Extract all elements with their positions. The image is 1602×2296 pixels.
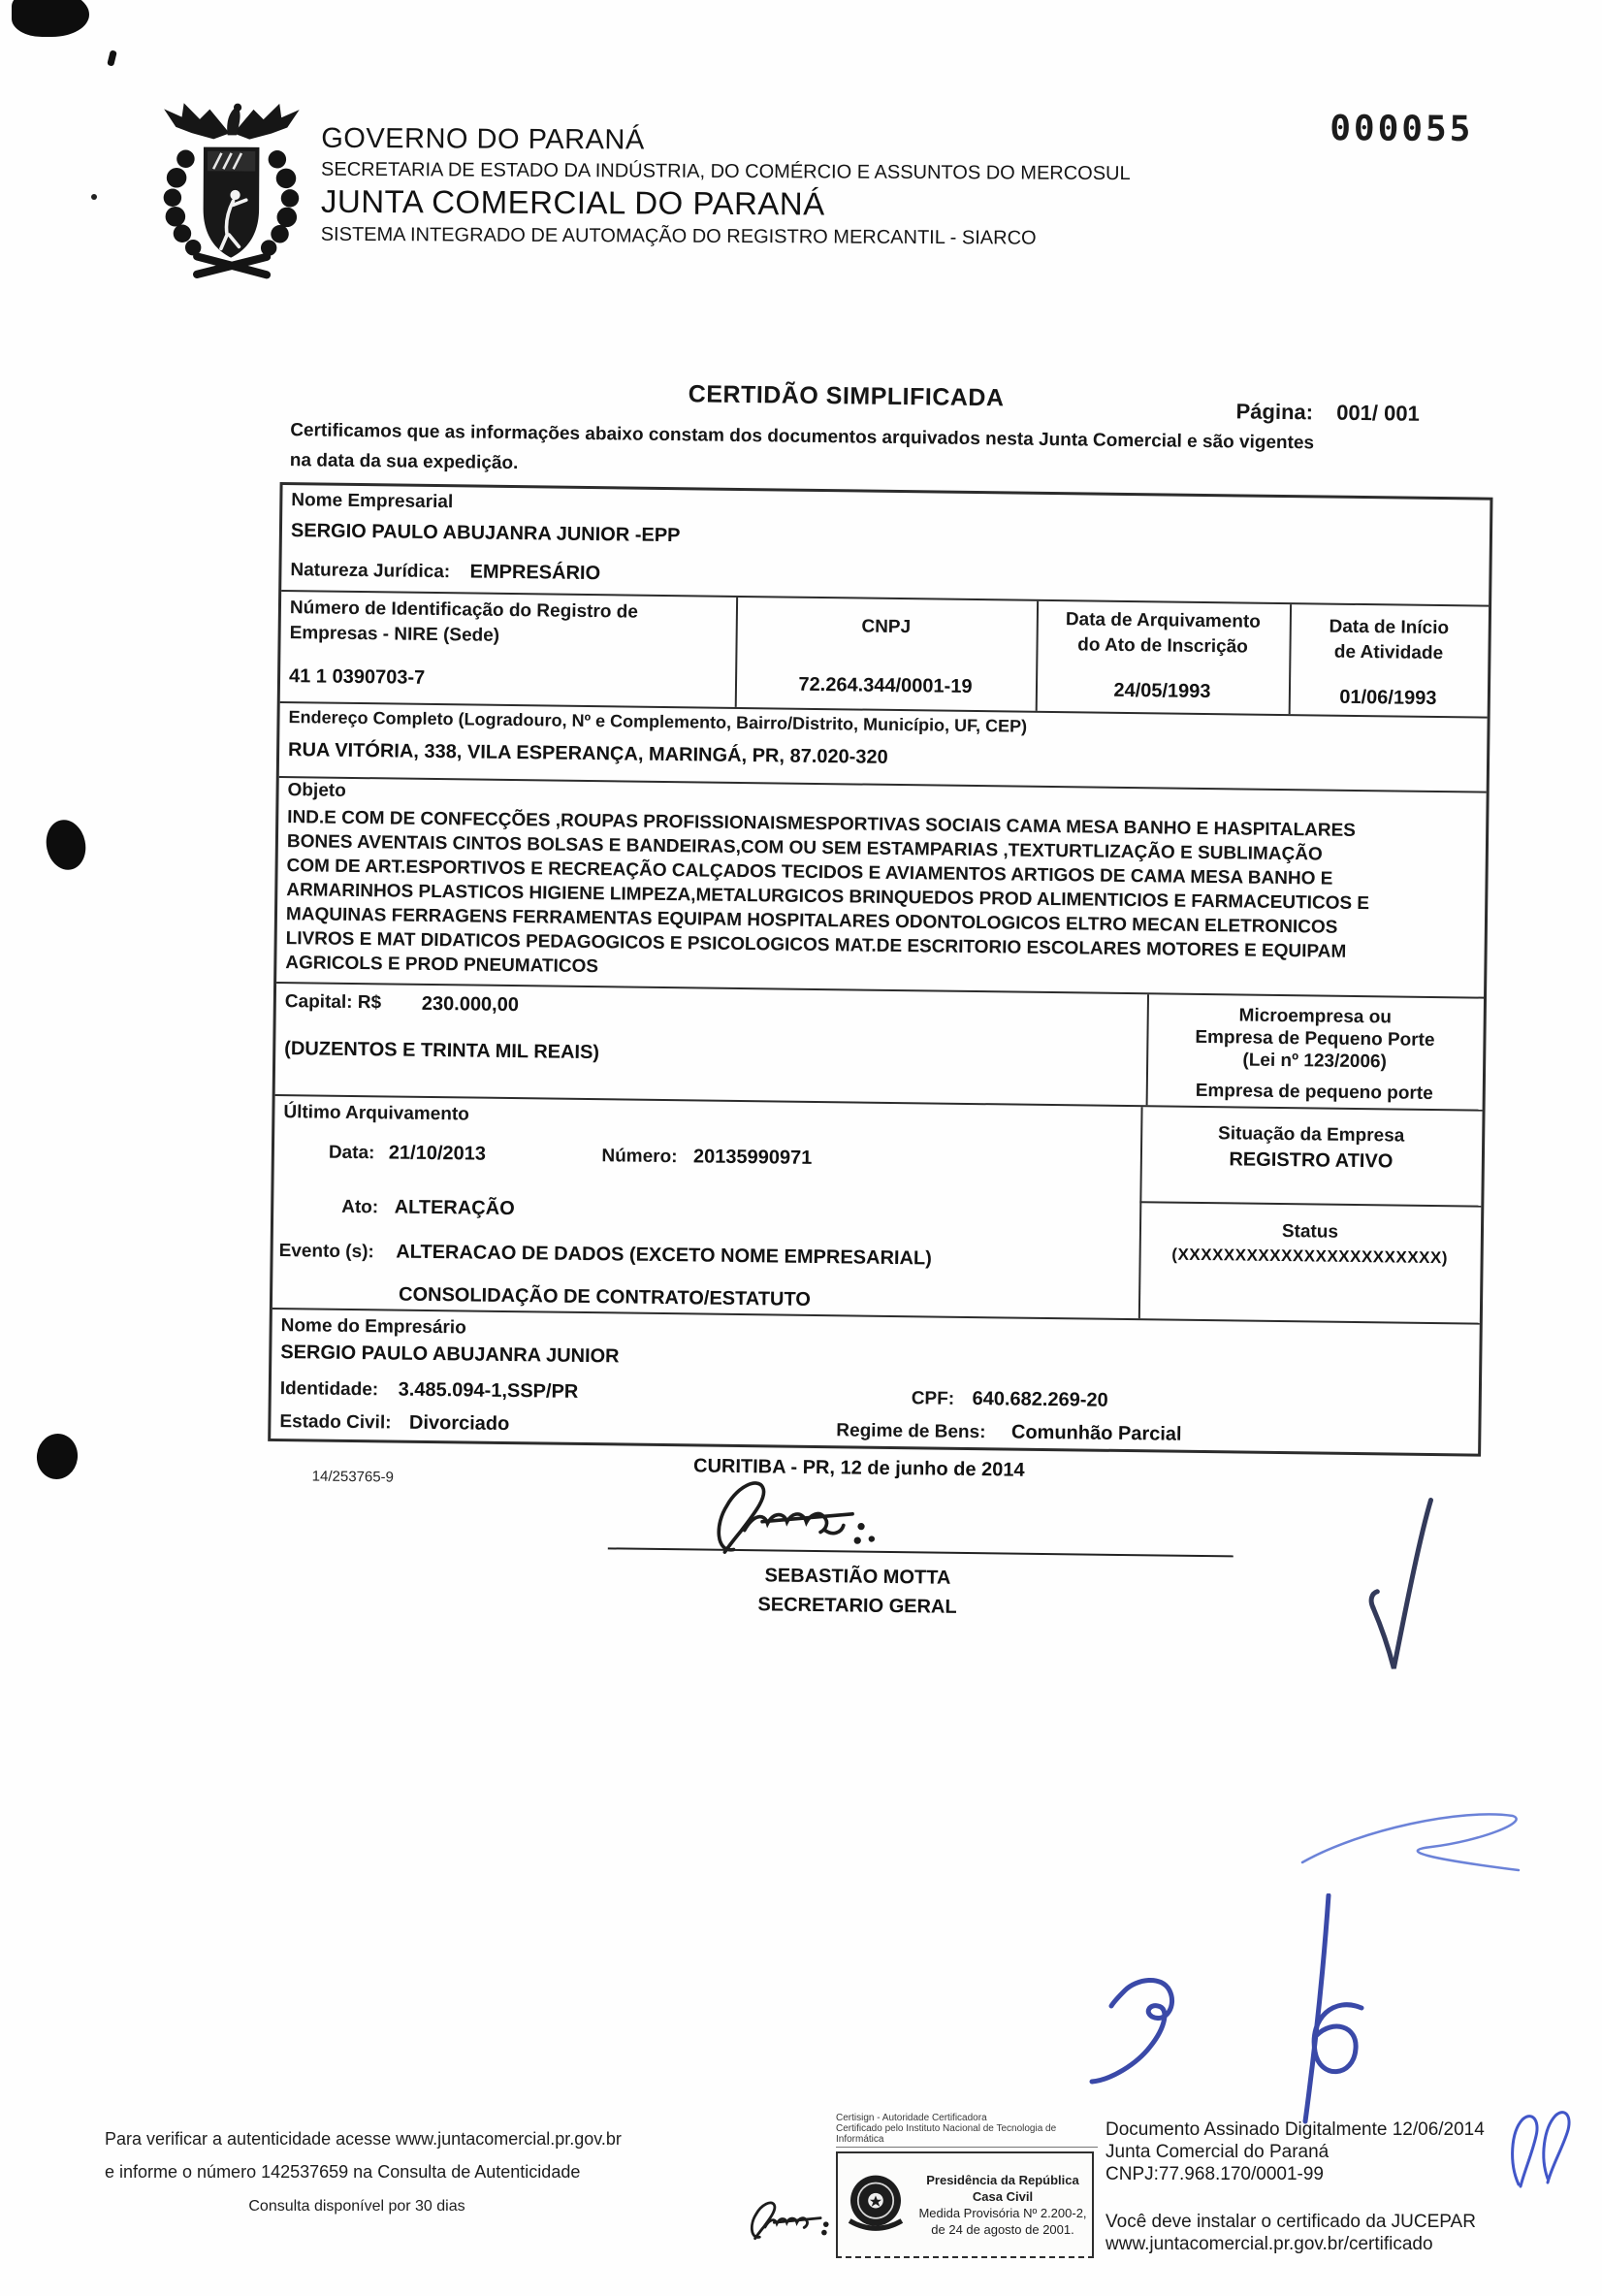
footer-signature-icon [706, 2190, 851, 2248]
gov-secretaria: SECRETARIA DE ESTADO DA INDÚSTRIA, DO CO… [321, 159, 1131, 185]
objeto-text: IND.E COM DE CONFECÇÕES ,ROUPAS PROFISSI… [285, 805, 1370, 988]
certisign-stamp: Certisign - Autoridade Certificadora Cer… [836, 2113, 1098, 2258]
junta-title: JUNTA COMERCIAL DO PARANÁ [321, 183, 1131, 224]
data-value: 21/10/2013 [389, 1142, 486, 1164]
estado-civil-value: Divorciado [409, 1412, 510, 1435]
page-label: Página: [1235, 399, 1313, 424]
pen-checkmark-mark [1359, 1491, 1458, 1691]
secretary-signature-icon [611, 1473, 932, 1557]
stamp-line-data: de 24 de agosto de 2001. [913, 2221, 1092, 2238]
digital-signature-line1: Documento Assinado Digitalmente 12/06/20… [1105, 2118, 1522, 2141]
page-indicator: Página: 001/ 001 [1235, 399, 1420, 426]
table-divider [1139, 1201, 1481, 1207]
arquivamento-label-1: Data de Arquivamento [1037, 609, 1290, 633]
row-objeto: Objeto IND.E COM DE CONFECÇÕES ,ROUPAS P… [276, 776, 1487, 997]
sistema-siarco: SISTEMA INTEGRADO DE AUTOMAÇÃO DO REGIST… [321, 224, 1131, 250]
porte-label-3: (Lei nº 123/2006) [1146, 1049, 1483, 1074]
row-capital: Capital: R$ 230.000,00 (DUZENTOS E TRINT… [275, 982, 1484, 1110]
nire-value: 41 1 0390703-7 [289, 665, 425, 690]
certificate-install-line1: Você deve instalar o certificado da JUCE… [1105, 2211, 1522, 2233]
endereco-label: Endereço Completo (Logradouro, Nº e Comp… [288, 707, 1027, 737]
empresario-label: Nome do Empresário [281, 1315, 466, 1339]
capital-label: Capital: R$ [285, 991, 382, 1014]
arquivamento-label-2: do Ato de Inscrição [1036, 634, 1289, 659]
secretary-name: SEBASTIÃO MOTTA [557, 1563, 1158, 1593]
ato-label: Ato: [341, 1197, 378, 1217]
certificate-title: CERTIDÃO SIMPLIFICADA [689, 380, 1005, 412]
scanned-certificate-page: GOVERNO DO PARANÁ SECRETARIA DE ESTADO D… [0, 0, 1602, 2296]
inicio-value: 01/06/1993 [1289, 686, 1488, 711]
inicio-label-2: de Atividade [1289, 641, 1488, 665]
stamp-line-medida: Medida Provisória Nº 2.200-2, [913, 2205, 1092, 2221]
digital-signature-line3: CNPJ:77.968.170/0001-99 [1105, 2163, 1522, 2185]
ultimo-arquivamento-label: Último Arquivamento [283, 1102, 469, 1125]
auth-check-line3: Consulta disponível por 30 dias [105, 2190, 609, 2223]
data-label: Data: [329, 1143, 375, 1164]
digital-signature-line2: Junta Comercial do Paraná [1105, 2141, 1522, 2163]
evento-label: Evento (s): [279, 1241, 374, 1262]
cnpj-label: CNPJ [736, 615, 1037, 640]
nome-empresarial-label: Nome Empresarial [291, 490, 453, 513]
cpf-label: CPF: [912, 1388, 955, 1409]
evento-value-1: ALTERACAO DE DADOS (EXCETO NOME EMPRESAR… [396, 1242, 932, 1270]
row-registro: Número de Identificação do Registro de E… [280, 590, 1489, 717]
footer: Para verificar a autenticidade acesse ww… [0, 2105, 1602, 2296]
natureza-value: EMPRESÁRIO [469, 561, 600, 584]
capital-extenso: (DUZENTOS E TRINTA MIL REAIS) [284, 1038, 599, 1064]
numero-label: Número: [601, 1146, 677, 1167]
protocol-number: 14/253765-9 [312, 1468, 394, 1485]
ato-value: ALTERAÇÃO [395, 1197, 515, 1220]
scan-artifact-dot-1 [42, 816, 90, 873]
parana-coat-of-arms-icon [150, 91, 311, 281]
scan-artifact-dot-2 [34, 1431, 80, 1481]
brazil-national-seal-icon [838, 2158, 913, 2251]
nire-label-2: Empresas - NIRE (Sede) [289, 623, 499, 647]
identidade-value: 3.485.094-1,SSP/PR [399, 1379, 579, 1403]
endereco-value: RUA VITÓRIA, 338, VILA ESPERANÇA, MARING… [288, 739, 888, 769]
status-label: Status [1139, 1219, 1481, 1245]
evento-value-2: CONSOLIDAÇÃO DE CONTRATO/ESTATUTO [399, 1284, 811, 1311]
status-value: (XXXXXXXXXXXXXXXXXXXXXXX) [1139, 1245, 1481, 1268]
certisign-line1: Certisign - Autoridade Certificadora [836, 2113, 1098, 2123]
stamp-line-casa-civil: Casa Civil [913, 2188, 1092, 2205]
natureza-label: Natureza Jurídica: [290, 560, 450, 582]
estado-civil-label: Estado Civil: [279, 1411, 391, 1433]
identidade-label: Identidade: [280, 1378, 379, 1400]
gov-title: GOVERNO DO PARANÁ [321, 123, 1131, 159]
objeto-label: Objeto [287, 780, 345, 802]
situacao-label: Situação da Empresa [1140, 1122, 1482, 1148]
cert-statement-line1: Certificamos que as informações abaixo c… [290, 420, 1314, 454]
document-header: GOVERNO DO PARANÁ SECRETARIA DE ESTADO D… [0, 0, 1602, 300]
inicio-label-1: Data de Início [1290, 616, 1489, 640]
empresario-nome: SERGIO PAULO ABUJANRA JUNIOR [280, 1342, 620, 1368]
porte-label-1: Microempresa ou [1147, 1004, 1484, 1029]
certisign-line2: Certificado pelo Instituto Nacional de T… [836, 2123, 1098, 2148]
row-ultimo-arquivamento: Último Arquivamento Data: 21/10/2013 Núm… [272, 1094, 1483, 1323]
page-value: 001/ 001 [1336, 401, 1420, 426]
blue-pen-flourish-mark [1268, 1893, 1375, 2136]
stamp-line-presidencia: Presidência da República [913, 2172, 1092, 2188]
porte-label-2: Empresa de Pequeno Porte [1146, 1026, 1483, 1051]
row-nome-empresarial: Nome Empresarial SERGIO PAULO ABUJANRA J… [281, 485, 1490, 605]
cnpj-value: 72.264.344/0001-19 [735, 673, 1036, 699]
arquivamento-value: 24/05/1993 [1036, 679, 1289, 704]
regime-value: Comunhão Parcial [1011, 1422, 1182, 1445]
cpf-value: 640.682.269-20 [972, 1388, 1107, 1411]
nire-label-1: Número de Identificação do Registro de [290, 598, 638, 624]
row-empresario: Nome do Empresário SERGIO PAULO ABUJANRA… [271, 1308, 1480, 1452]
porte-value: Empresa de pequeno porte [1146, 1080, 1483, 1105]
auth-check-line2: e informe o número 142537659 na Consulta… [105, 2155, 622, 2188]
regime-label: Regime de Bens: [836, 1420, 985, 1442]
capital-value: 230.000,00 [422, 993, 519, 1017]
page-stamp-number: 000055 [1330, 109, 1473, 149]
certificate-body: CERTIDÃO SIMPLIFICADA Página: 001/ 001 C… [265, 373, 1493, 1698]
certificate-table: Nome Empresarial SERGIO PAULO ABUJANRA J… [268, 482, 1492, 1457]
numero-value: 20135990971 [693, 1146, 813, 1169]
situacao-value: REGISTRO ATIVO [1140, 1148, 1482, 1174]
auth-check-line1: Para verificar a autenticidade acesse ww… [105, 2122, 622, 2155]
nome-empresarial-value: SERGIO PAULO ABUJANRA JUNIOR -EPP [291, 520, 681, 547]
blue-pen-numeral-mark [1084, 1957, 1239, 2103]
blue-pen-loop-mark [1298, 1802, 1530, 1880]
casa-civil-stamp-box: Presidência da República Casa Civil Medi… [836, 2151, 1094, 2258]
certificate-install-line2: www.juntacomercial.pr.gov.br/certificado [1105, 2233, 1522, 2255]
secretary-title: SECRETARIO GERAL [557, 1592, 1158, 1622]
cert-statement-line2: na data da sua expedição. [290, 450, 519, 474]
